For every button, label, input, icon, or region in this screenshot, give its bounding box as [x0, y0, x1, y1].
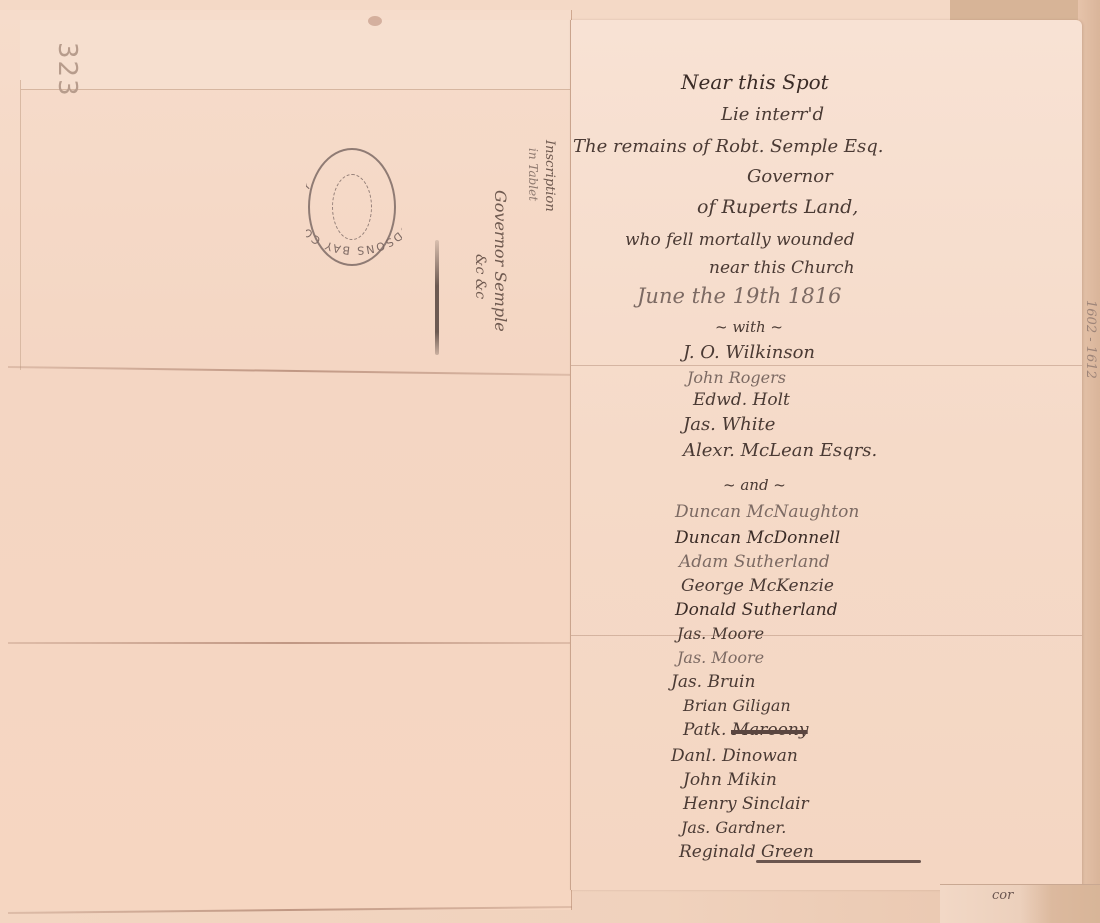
fold-crease [571, 365, 1082, 366]
inscription-heading: Near this Spot [681, 70, 829, 94]
closing-rule [756, 860, 921, 863]
underlying-page-bottom: cor [940, 884, 1100, 923]
inscription-line: Governor [747, 166, 833, 187]
officer-name: Jas. White [683, 414, 775, 435]
pencil-reference-number: 323 [52, 42, 82, 98]
man-name: Donald Sutherland [675, 600, 838, 620]
fold-crease [571, 635, 1082, 636]
man-name: Reginald Green [679, 842, 814, 862]
man-name: Jas. Moore [677, 648, 764, 667]
man-name: Brian Giligan [683, 696, 791, 715]
officer-name: J. O. Wilkinson [683, 342, 815, 363]
man-name: Patk. Maroony Maroony [683, 720, 808, 740]
docket-line: &c &c [472, 254, 488, 299]
man-name: George McKenzie [681, 576, 834, 596]
man-name: Duncan McNaughton [675, 502, 859, 522]
docket-line: in Tablet [526, 148, 540, 201]
officer-name: John Rogers [687, 368, 786, 387]
underlying-page-text: 1602 - 1612 [1083, 300, 1098, 379]
stamp-ring-text-icon: HUDSONS BAY COMPANY [306, 146, 402, 272]
docket-underline [435, 240, 439, 355]
inscription-line: ~ with ~ [715, 318, 783, 336]
man-name: John Mikin [683, 770, 777, 790]
man-name: Henry Sinclair [683, 794, 809, 814]
docket-endorsement: Inscription in Tablet Governor Semple &c… [405, 138, 565, 358]
fold-crease [8, 642, 572, 644]
inscription-line: of Ruperts Land, [697, 196, 858, 218]
inscription-conjunction: ~ and ~ [723, 476, 786, 494]
underlying-text-fragment: cor [992, 888, 1013, 903]
inscription-line: near this Church [709, 258, 855, 278]
man-name: Jas. Bruin [671, 672, 755, 692]
stamp-text: HUDSONS BAY COMPANY [306, 178, 402, 257]
man-name: Jas. Gardner. [681, 818, 786, 837]
man-name: Duncan McDonnell [675, 528, 840, 548]
inscription-sheet: Near this Spot Lie interr'd The remains … [570, 20, 1082, 890]
ink-stain [368, 16, 382, 26]
docket-line: Inscription [542, 140, 557, 212]
struck-out-word: Maroony [731, 722, 808, 742]
inscription-line: Lie interr'd [721, 104, 824, 125]
officer-name: Edwd. Holt [693, 390, 790, 410]
man-name: Jas. Moore [677, 624, 764, 643]
officer-name: Alexr. McLean Esqrs. [683, 440, 877, 461]
inscription-line: The remains of Robt. Semple Esq. [573, 136, 883, 157]
inscription-date: June the 19th 1816 [637, 284, 841, 308]
docket-line: Governor Semple [491, 190, 510, 332]
man-name: Adam Sutherland [679, 552, 830, 572]
hbc-stamp: HUDSONS BAY COMPANY [308, 148, 396, 266]
svg-text:HUDSONS BAY COMPANY: HUDSONS BAY COMPANY [306, 178, 402, 257]
man-name: Danl. Dinowan [671, 746, 798, 766]
inscription-line: who fell mortally wounded [625, 230, 855, 250]
